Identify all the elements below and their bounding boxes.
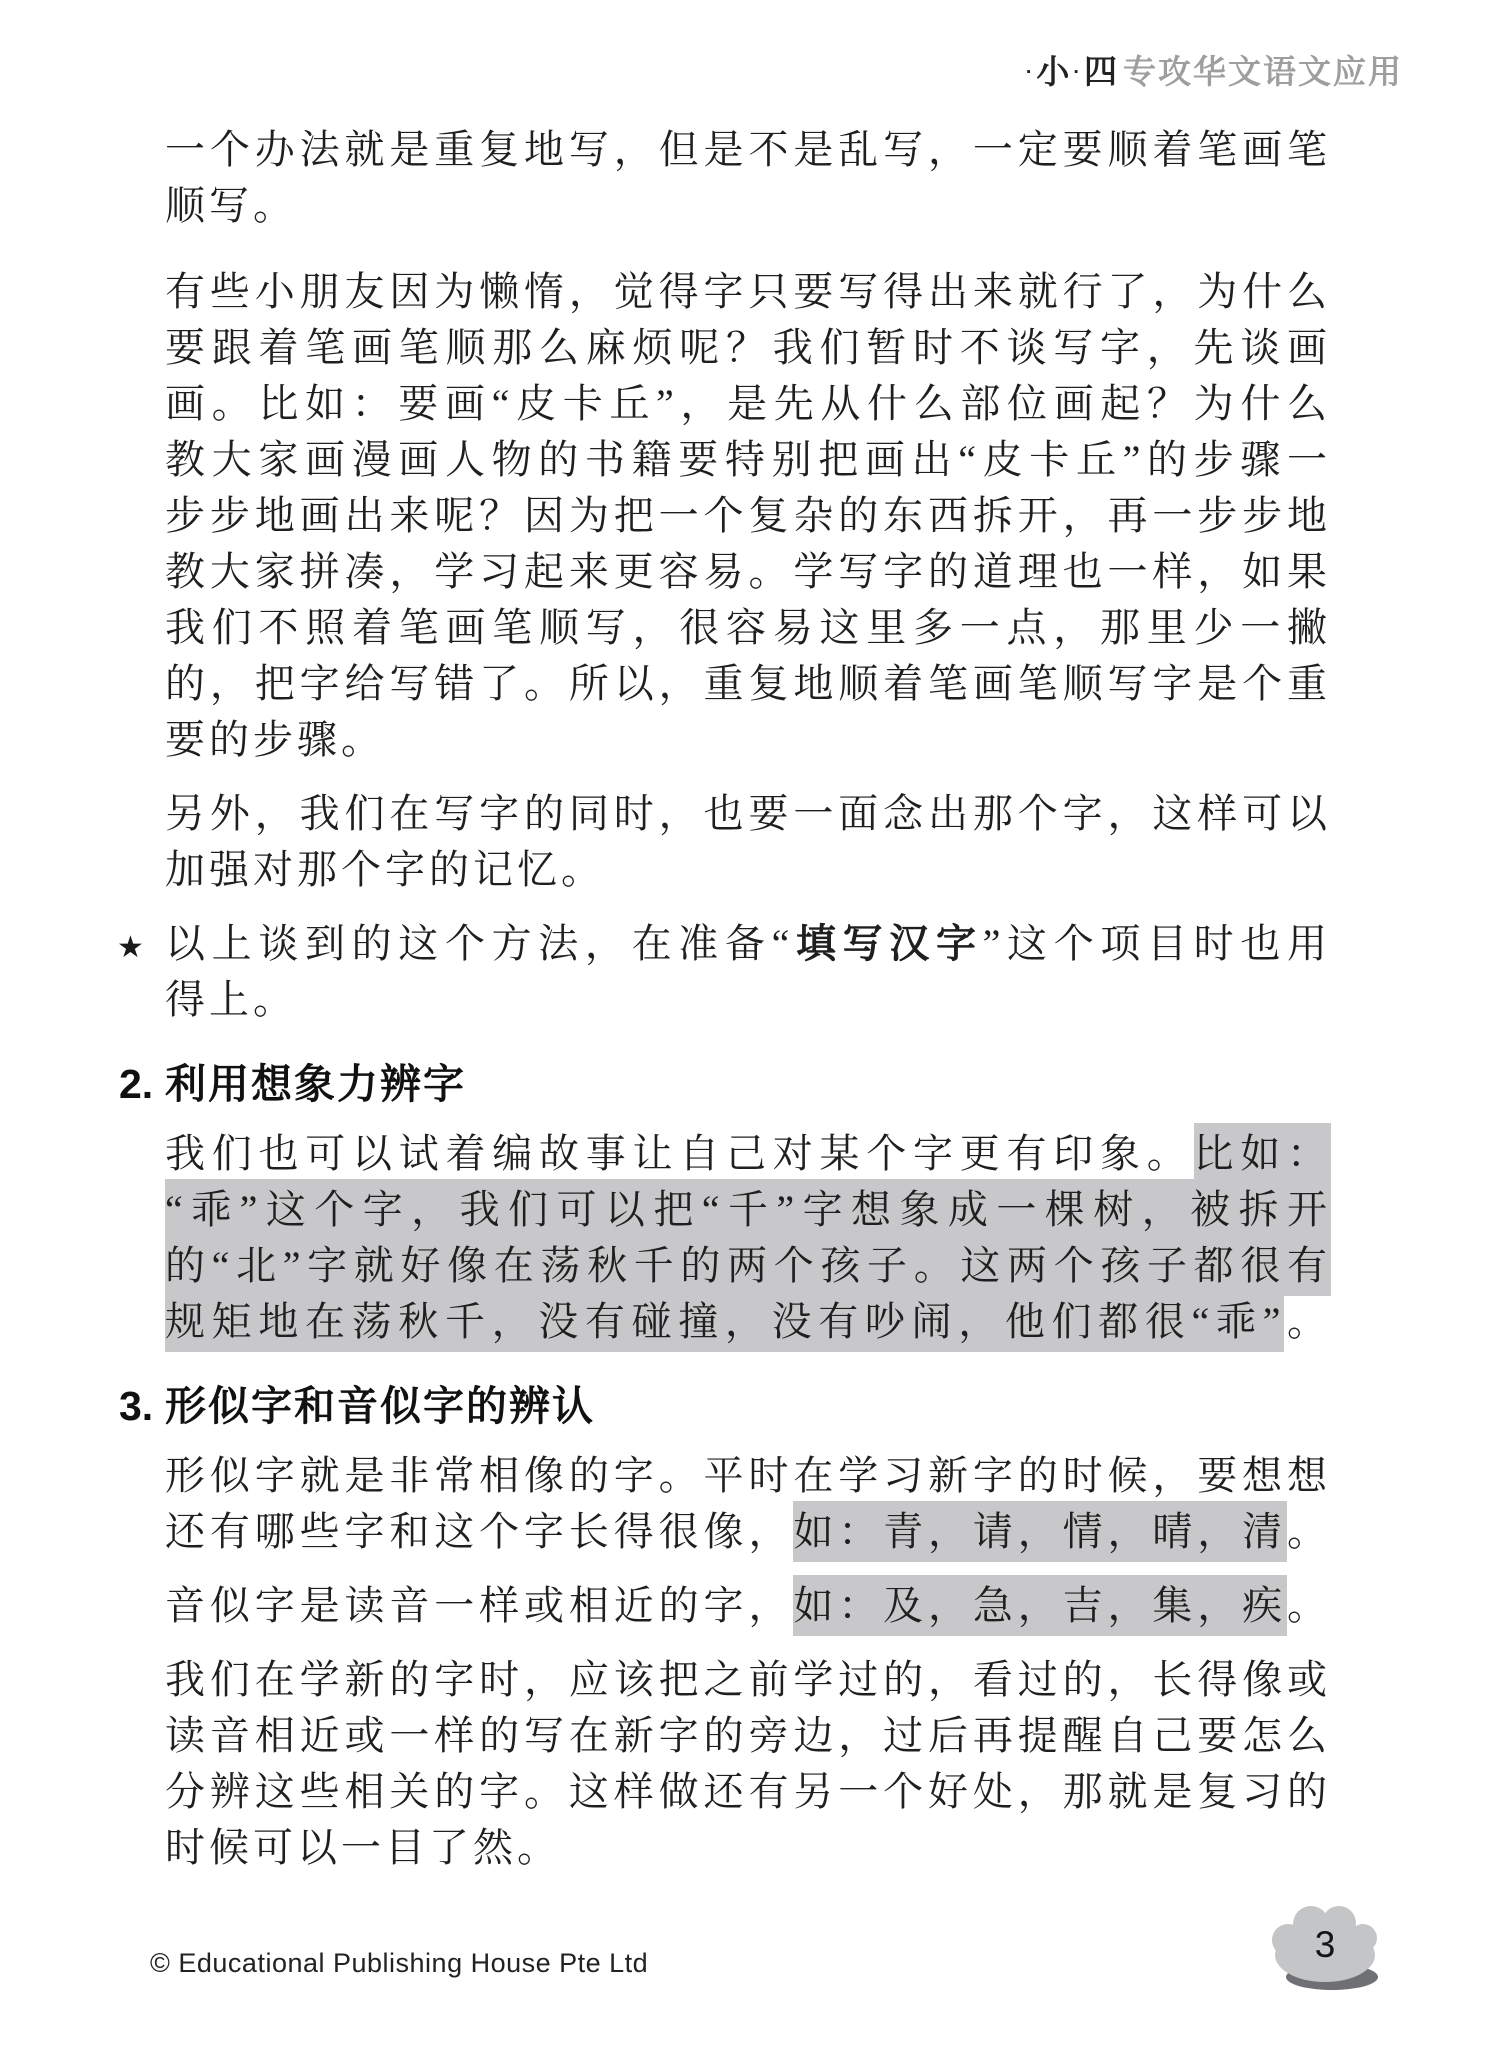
text-line: 教大家画漫画人物的书籍要特别把画出“皮卡丘”的步骤一 — [165, 432, 1331, 488]
text-run: 填写汉字 — [793, 922, 982, 966]
text-run: 。 — [1284, 1299, 1331, 1344]
text-run: 分辨这些相关的字。这样做还有另一个好处，那就是复习的 — [165, 1769, 1331, 1814]
highlighted-text: 规矩地在荡秋千，没有碰撞，没有吵闹，他们都很“乖” — [165, 1291, 1284, 1352]
text-line: 另外，我们在写字的同时，也要一面念出那个字，这样可以 — [165, 786, 1331, 842]
paragraph-similar-shape: 形似字就是非常相像的字。平时在学习新字的时候，要想想还有哪些字和这个字长得很像，… — [165, 1448, 1331, 1560]
text-run: ”这个项目时也用 — [983, 921, 1331, 966]
heading-text: 形似字和音似字的辨认 — [165, 1378, 1331, 1434]
text-run: 加强对那个字的记忆。 — [165, 847, 605, 892]
text-line: 的，把字给写错了。所以，重复地顺着笔画笔顺写字是个重 — [165, 656, 1331, 712]
text-run: 我们不照着笔画笔顺写，很容易这里多一点，那里少一撇 — [165, 605, 1331, 650]
page-number: 3 — [1262, 1924, 1388, 1966]
text-line: 分辨这些相关的字。这样做还有另一个好处，那就是复习的 — [165, 1764, 1331, 1820]
highlighted-text: 如：青，请，情，晴，清 — [793, 1501, 1287, 1562]
text-line: 我们不照着笔画笔顺写，很容易这里多一点，那里少一撇 — [165, 600, 1331, 656]
text-run: 教大家画漫画人物的书籍要特别把画出“皮卡丘”的步骤一 — [165, 437, 1331, 482]
highlighted-text: “乖”这个字，我们可以把“千”字想象成一棵树，被拆开 — [165, 1179, 1331, 1240]
text-line: 我们在学新的字时，应该把之前学过的，看过的，长得像或 — [165, 1652, 1331, 1708]
text-line: 顺写。 — [165, 178, 1331, 234]
page-body: 一个办法就是重复地写，但是不是乱写，一定要顺着笔画笔顺写。有些小朋友因为懒惰，觉… — [165, 122, 1331, 1894]
text-run: 要的步骤。 — [165, 717, 385, 762]
text-run: 时候可以一目了然。 — [165, 1825, 561, 1870]
text-run: 画。比如：要画“皮卡丘”，是先从什么部位画起？为什么 — [165, 381, 1331, 426]
text-run: 音似字是读音一样或相近的字， — [165, 1583, 793, 1628]
header-grade-char-2: 四 — [1084, 53, 1119, 90]
heading-section-2: 2.利用想象力辨字 — [119, 1056, 1331, 1112]
highlighted-text: 比如： — [1194, 1123, 1332, 1184]
text-run: 读音相近或一样的写在新字的旁边，过后再提醒自己要怎么 — [165, 1713, 1331, 1758]
header-dot-icon: · — [1026, 61, 1035, 83]
text-line: 时候可以一目了然。 — [165, 1820, 1331, 1876]
heading-text: 利用想象力辨字 — [165, 1056, 1331, 1112]
paragraph-write-beside: 我们在学新的字时，应该把之前学过的，看过的，长得像或读音相近或一样的写在新字的旁… — [165, 1652, 1331, 1876]
text-run: 还有哪些字和这个字长得很像， — [165, 1509, 793, 1554]
text-line: 规矩地在荡秋千，没有碰撞，没有吵闹，他们都很“乖”。 — [165, 1294, 1331, 1350]
paragraph-read-aloud: 另外，我们在写字的同时，也要一面念出那个字，这样可以加强对那个字的记忆。 — [165, 786, 1331, 898]
book-page: ·小·四专攻华文语文应用 一个办法就是重复地写，但是不是乱写，一定要顺着笔画笔顺… — [0, 0, 1503, 2054]
text-line: 得上。 — [165, 972, 1331, 1028]
text-line: 读音相近或一样的写在新字的旁边，过后再提醒自己要怎么 — [165, 1708, 1331, 1764]
heading-section-3: 3.形似字和音似字的辨认 — [119, 1378, 1331, 1434]
paragraph-similar-sound: 音似字是读音一样或相近的字，如：及，急，吉，集，疾。 — [165, 1578, 1331, 1634]
text-line: 画。比如：要画“皮卡丘”，是先从什么部位画起？为什么 — [165, 376, 1331, 432]
text-line: 以上谈到的这个方法，在准备“填写汉字”这个项目时也用 — [165, 916, 1331, 972]
text-line: 还有哪些字和这个字长得很像，如：青，请，情，晴，清。 — [165, 1504, 1331, 1560]
header-grade-label: ·小·四 — [1024, 53, 1119, 90]
text-run: 以上谈到的这个方法，在准备“ — [165, 921, 793, 966]
text-line: 要跟着笔画笔顺那么麻烦呢？我们暂时不谈写字，先谈画 — [165, 320, 1331, 376]
text-line: 我们也可以试着编故事让自己对某个字更有印象。比如： — [165, 1126, 1331, 1182]
text-run: 步步地画出来呢？因为把一个复杂的东西拆开，再一步步地 — [165, 493, 1331, 538]
page-number-badge: 3 — [1262, 1900, 1392, 1992]
text-line: 加强对那个字的记忆。 — [165, 842, 1331, 898]
text-run: 有些小朋友因为懒惰，觉得字只要写得出来就行了，为什么 — [165, 269, 1331, 314]
text-run: 形似字就是非常相像的字。平时在学习新字的时候，要想想 — [165, 1453, 1331, 1498]
highlighted-text: 的“北”字就好像在荡秋千的两个孩子。这两个孩子都很有 — [165, 1235, 1331, 1296]
paragraph-pikachu-example: 有些小朋友因为懒惰，觉得字只要写得出来就行了，为什么要跟着笔画笔顺那么麻烦呢？我… — [165, 264, 1331, 768]
text-line: 的“北”字就好像在荡秋千的两个孩子。这两个孩子都很有 — [165, 1238, 1331, 1294]
heading-number: 2. — [119, 1056, 165, 1112]
text-line: 要的步骤。 — [165, 712, 1331, 768]
text-line: 有些小朋友因为懒惰，觉得字只要写得出来就行了，为什么 — [165, 264, 1331, 320]
star-bullet-icon: ★ — [117, 920, 144, 976]
text-run: 我们也可以试着编故事让自己对某个字更有印象。 — [165, 1131, 1194, 1176]
header-grade-char-1: 小 — [1036, 53, 1071, 90]
header-series-title: 专攻华文语文应用 — [1123, 53, 1403, 90]
text-run: 顺写。 — [165, 183, 297, 228]
text-run: 一个办法就是重复地写，但是不是乱写，一定要顺着笔画笔 — [165, 127, 1331, 172]
page-header: ·小·四专攻华文语文应用 — [1024, 46, 1403, 93]
paragraph-imagination: 我们也可以试着编故事让自己对某个字更有印象。比如：“乖”这个字，我们可以把“千”… — [165, 1126, 1331, 1350]
text-run: 的，把字给写错了。所以，重复地顺着笔画笔顺写字是个重 — [165, 661, 1331, 706]
text-line: “乖”这个字，我们可以把“千”字想象成一棵树，被拆开 — [165, 1182, 1331, 1238]
text-line: 步步地画出来呢？因为把一个复杂的东西拆开，再一步步地 — [165, 488, 1331, 544]
text-run: 另外，我们在写字的同时，也要一面念出那个字，这样可以 — [165, 791, 1331, 836]
text-line: 教大家拼凑，学习起来更容易。学写字的道理也一样，如果 — [165, 544, 1331, 600]
text-run: 。 — [1287, 1583, 1331, 1628]
heading-number: 3. — [119, 1378, 165, 1434]
text-run: 。 — [1287, 1509, 1331, 1554]
text-line: 音似字是读音一样或相近的字，如：及，急，吉，集，疾。 — [165, 1578, 1331, 1634]
text-run: 得上。 — [165, 977, 297, 1022]
text-line: 形似字就是非常相像的字。平时在学习新字的时候，要想想 — [165, 1448, 1331, 1504]
text-run: 要跟着笔画笔顺那么麻烦呢？我们暂时不谈写字，先谈画 — [165, 325, 1331, 370]
text-line: 一个办法就是重复地写，但是不是乱写，一定要顺着笔画笔 — [165, 122, 1331, 178]
copyright-text: © Educational Publishing House Pte Ltd — [150, 1948, 648, 1979]
star-note: ★以上谈到的这个方法，在准备“填写汉字”这个项目时也用得上。 — [165, 916, 1331, 1028]
text-run: 我们在学新的字时，应该把之前学过的，看过的，长得像或 — [165, 1657, 1331, 1702]
text-run: 教大家拼凑，学习起来更容易。学写字的道理也一样，如果 — [165, 549, 1331, 594]
header-dot-icon: · — [1073, 61, 1082, 83]
highlighted-text: 如：及，急，吉，集，疾 — [793, 1575, 1287, 1636]
paragraph-stroke-order: 一个办法就是重复地写，但是不是乱写，一定要顺着笔画笔顺写。 — [165, 122, 1331, 234]
